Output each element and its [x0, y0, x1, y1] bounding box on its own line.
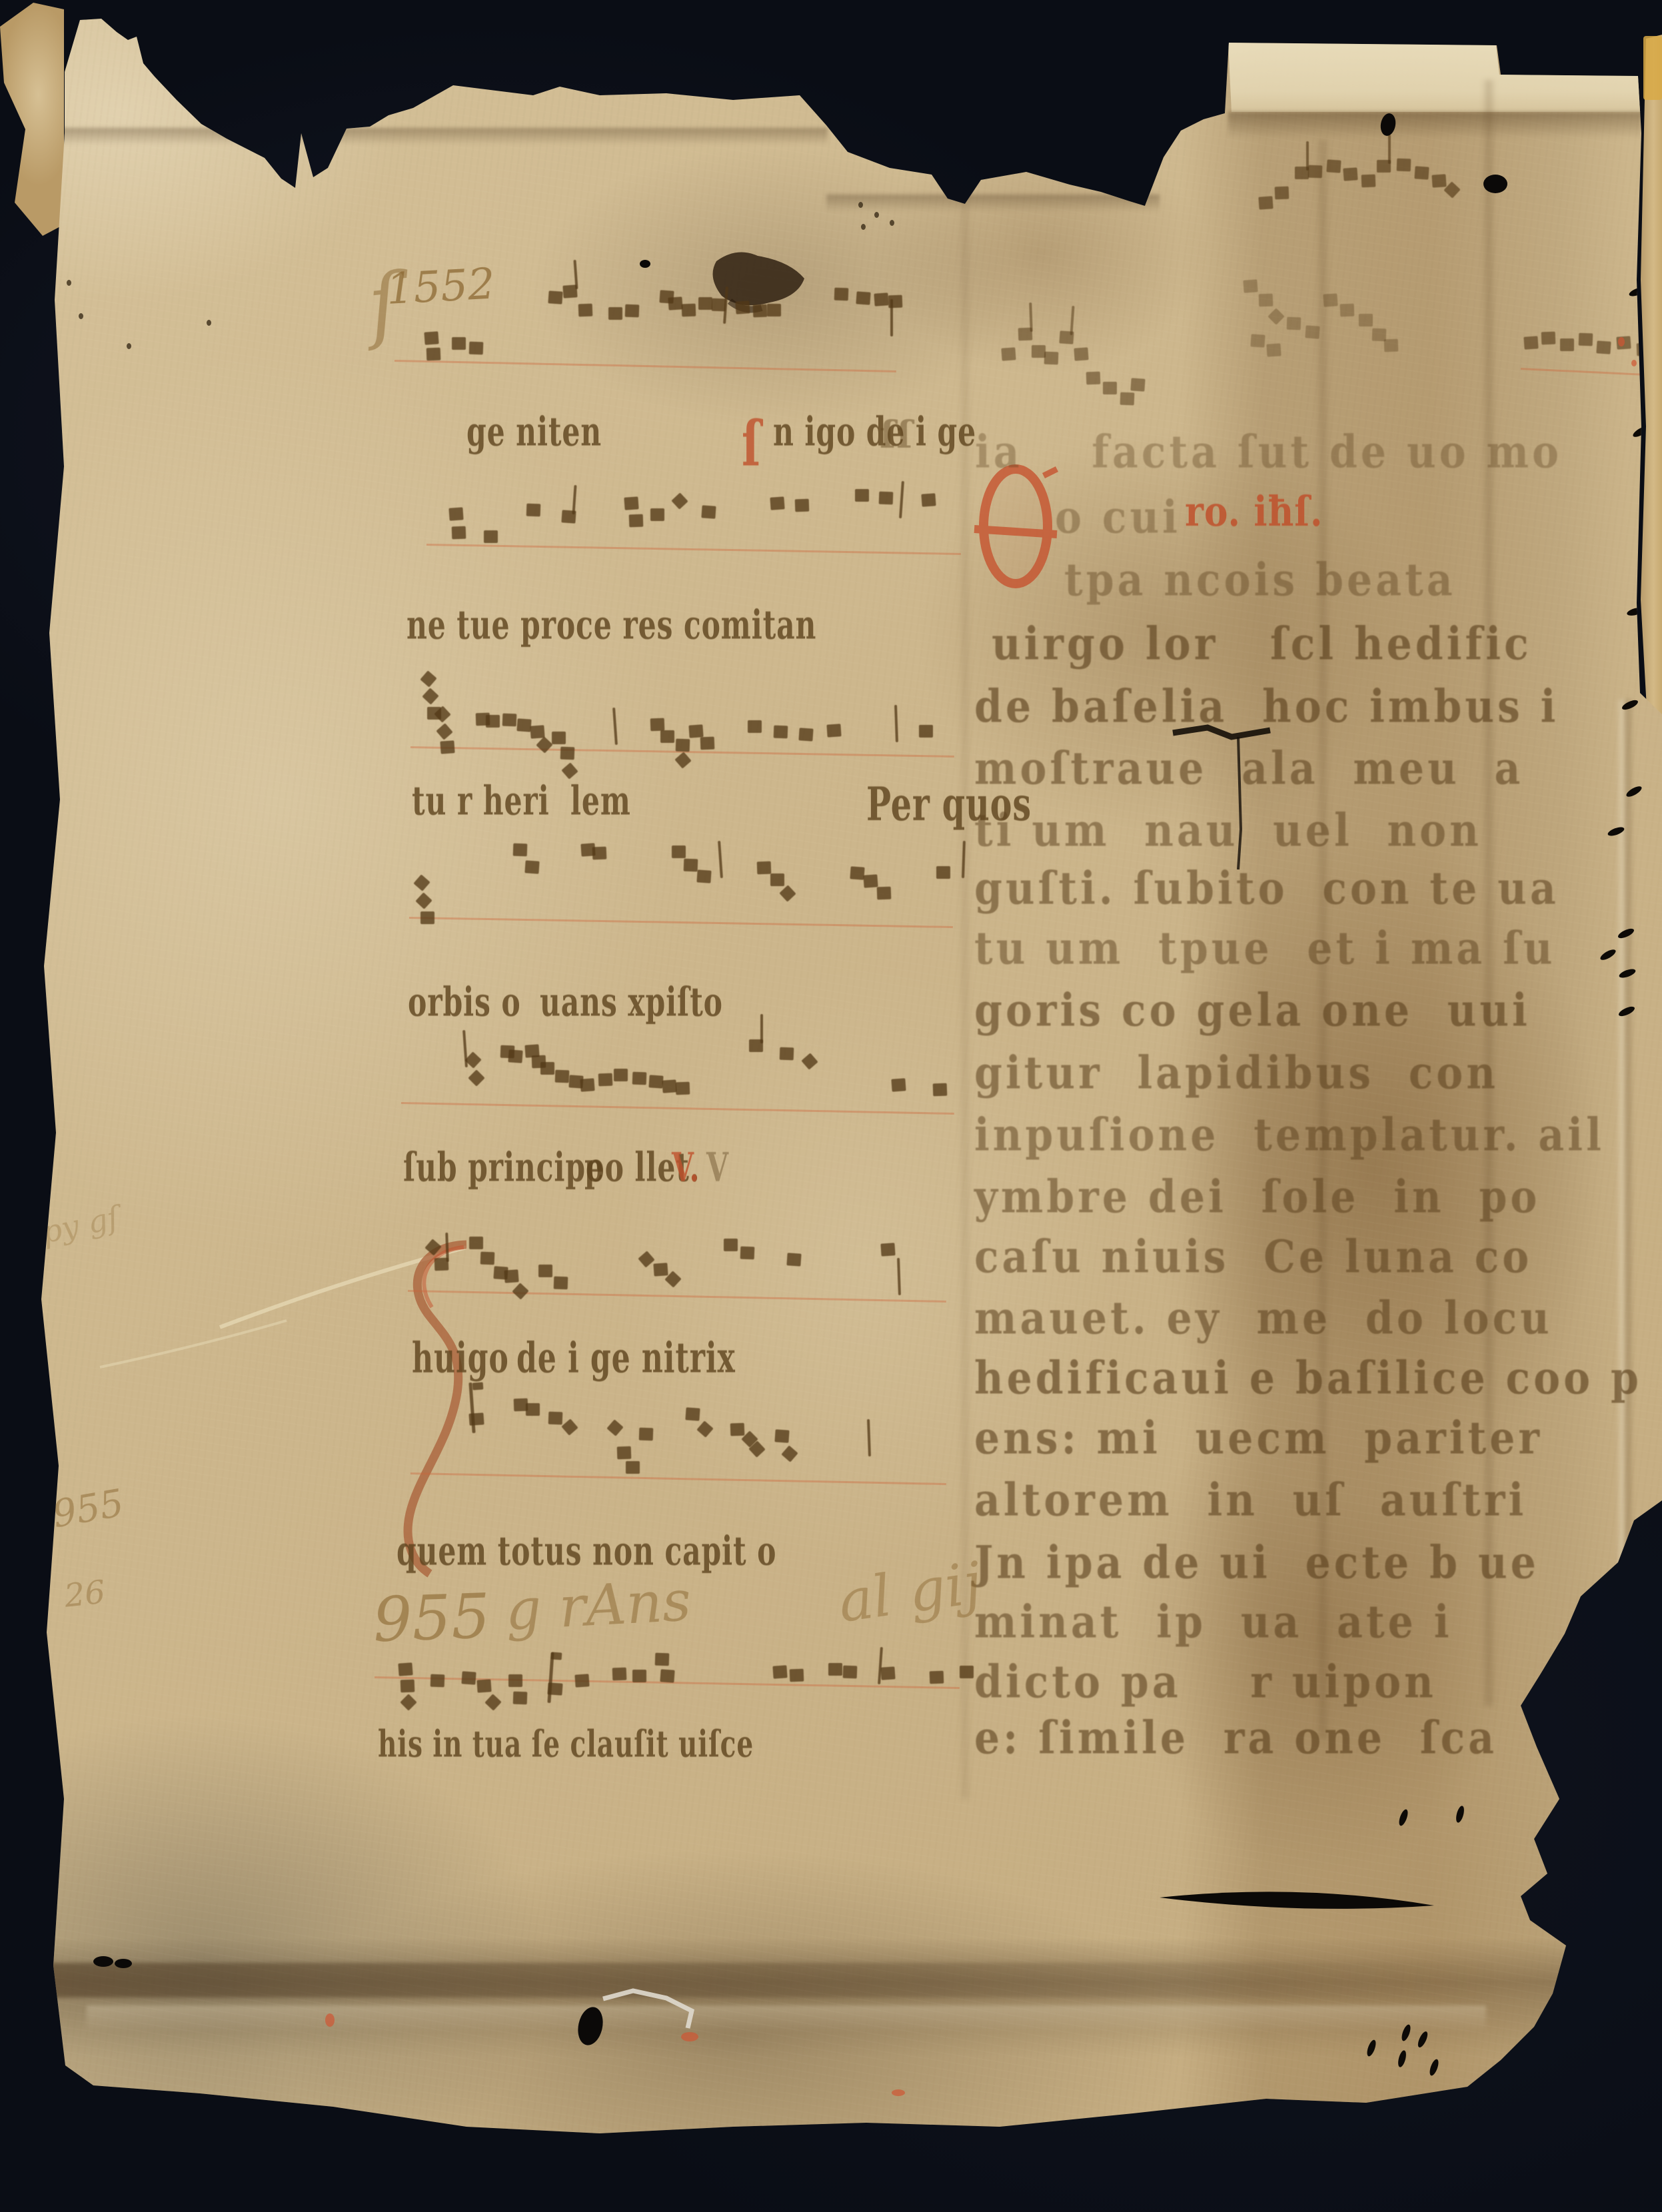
neume-square: [688, 724, 703, 738]
column-text-line: o cui: [1055, 492, 1181, 544]
neume-square: [1560, 338, 1574, 351]
neume-square: [919, 725, 933, 738]
neume-square: [578, 304, 593, 317]
pen-trial-number: 955: [372, 1580, 491, 1656]
neume-square: [552, 732, 566, 744]
neume-square: [660, 1669, 674, 1682]
column-text-line: ens: mi uecm pariter: [974, 1412, 1543, 1464]
neume-square: [850, 866, 864, 879]
neume-square: [826, 724, 841, 737]
neume-square: [1541, 332, 1556, 345]
neume-square: [574, 1674, 589, 1687]
lyric-text: V: [706, 1143, 729, 1191]
neume-square: [740, 1247, 755, 1260]
neume-square: [786, 1253, 801, 1266]
pen-trial-scribble: g rAns: [504, 1568, 692, 1642]
neume-square: [1032, 345, 1046, 358]
red-pigment-fleck: [1631, 360, 1637, 366]
neume-square: [476, 1679, 491, 1692]
gutter-mark: ſſ: [880, 413, 913, 457]
neume-square: [856, 291, 870, 304]
neume-square: [863, 874, 878, 887]
neume-square: [676, 739, 690, 752]
neume-square: [469, 1237, 483, 1249]
neume-square: [469, 342, 484, 355]
neume-square: [626, 1461, 640, 1474]
red-initial-E: [974, 469, 1057, 584]
neume-square: [933, 1083, 948, 1097]
neume-square: [440, 740, 454, 754]
neume-square: [828, 1663, 842, 1676]
neume-square: [682, 304, 696, 317]
neume-square: [795, 499, 810, 512]
neume-square: [774, 726, 788, 739]
neume-square: [1431, 174, 1446, 187]
neume-square: [960, 1666, 974, 1678]
wormhole: [67, 280, 71, 286]
neume-square: [880, 1666, 895, 1680]
hole: [640, 260, 650, 268]
column-text-line: ymbre dei ſole in po: [974, 1171, 1540, 1223]
neume-square: [472, 1382, 484, 1390]
neume-square: [660, 730, 674, 743]
neume-square: [653, 1263, 668, 1276]
column-text-line: uirgo lor ſcl hedific: [992, 618, 1532, 670]
neume-square: [452, 526, 466, 540]
column-text-line: hedificaui e baſilice coo p: [974, 1353, 1642, 1404]
neume-square: [426, 348, 441, 361]
column-text-line: guſti. ſubito con te ua: [974, 863, 1559, 915]
neume-square: [513, 1692, 528, 1705]
neume-square: [655, 1653, 670, 1666]
neume-square: [540, 1062, 554, 1075]
neume-square: [526, 1403, 540, 1416]
column-text-line: dicto pa r uipon: [974, 1656, 1437, 1708]
column-text-line: gitur lapidibus con: [974, 1047, 1499, 1099]
neume-square: [1266, 343, 1281, 356]
neume-square: [757, 861, 772, 875]
column-text-line: inpuſione templatur. ail: [974, 1109, 1605, 1161]
neume-square: [698, 297, 712, 310]
red-pigment-fleck: [1618, 337, 1625, 346]
lyric-text: huigo: [412, 1334, 509, 1382]
neume-square: [448, 507, 463, 520]
neume-square: [1243, 279, 1257, 292]
neume-square: [551, 1652, 562, 1660]
neume-square: [547, 1682, 562, 1695]
neume-square: [639, 1428, 654, 1441]
hole: [115, 1959, 132, 1968]
neume-square: [1275, 187, 1289, 200]
ink-and-damage-overlay: [0, 0, 1662, 2212]
column-text-line: tpa ncois beata: [1064, 554, 1456, 606]
adjacent-folio-strip: [1641, 35, 1662, 724]
neume-square: [774, 1429, 789, 1442]
neume-square: [1305, 325, 1319, 338]
wormhole: [207, 320, 211, 326]
neume-square: [650, 508, 664, 521]
rubric-red-text: ro. iħſ.: [1185, 488, 1323, 536]
neume-square: [780, 1047, 794, 1061]
neume-square: [855, 489, 869, 502]
column-text-line: caſu niuis Ce luna co: [974, 1231, 1532, 1283]
neume-square: [770, 496, 784, 510]
neume-square: [662, 1079, 676, 1093]
neume-square: [650, 718, 665, 732]
neume-square: [1414, 166, 1429, 179]
neume-square: [1326, 159, 1341, 173]
neume-square: [1397, 159, 1411, 172]
neume-square: [1086, 372, 1101, 385]
column-text-line: mauet. ey me do locu: [974, 1293, 1553, 1345]
neume-square: [843, 1666, 858, 1679]
column-text-line: altorem in uſ auſtri: [974, 1474, 1527, 1526]
neume-square: [516, 718, 531, 732]
neume-square: [1259, 294, 1273, 307]
neume-square: [468, 1412, 484, 1425]
column-text-line: ti um nau uel non: [974, 805, 1482, 857]
neume-square: [508, 1674, 522, 1687]
neume-square: [891, 1078, 906, 1091]
neume-square: [424, 331, 438, 344]
neume-square: [1388, 135, 1391, 164]
neume-square: [530, 725, 544, 738]
hole: [1483, 175, 1507, 193]
neume-square: [452, 337, 466, 350]
neume-stem: [890, 299, 893, 336]
neume-square: [1361, 175, 1376, 188]
neume-square: [430, 1674, 445, 1688]
neume-square: [1044, 352, 1059, 365]
neume-square: [753, 304, 768, 318]
neume-square: [461, 1671, 476, 1684]
hole: [93, 1956, 113, 1967]
neume-square: [672, 845, 686, 858]
neume-square: [554, 1277, 568, 1290]
lyric-text: ne tue proce res comitan: [407, 601, 816, 648]
neume-square: [624, 496, 638, 510]
neume-square: [508, 1049, 522, 1063]
neume-square: [877, 887, 892, 900]
neume-square: [930, 1671, 944, 1684]
red-pigment-fleck: [681, 2032, 698, 2041]
neume-square: [1384, 339, 1399, 352]
date-inscription: 1552: [385, 259, 496, 314]
neume-square: [772, 1665, 787, 1678]
neume-square: [617, 1446, 632, 1460]
neume-square: [420, 911, 434, 924]
neume-square: [701, 505, 716, 518]
wormhole: [861, 224, 866, 230]
column-text-line: goris co gela one uui: [974, 985, 1531, 1037]
lyric-text: tu r heri lem: [412, 777, 631, 824]
neume-square: [612, 1668, 627, 1681]
neume-square: [504, 1269, 518, 1283]
red-pigment-fleck: [892, 2089, 905, 2096]
neume-square: [1130, 378, 1145, 391]
neume-square: [629, 514, 644, 528]
wormhole: [858, 202, 863, 208]
neume-square: [513, 843, 528, 857]
neume-square: [685, 1407, 700, 1420]
neume-square: [398, 1662, 413, 1676]
neume-square: [580, 1078, 594, 1091]
column-text-line: minat ip ua ate i: [974, 1596, 1453, 1648]
column-text-line: tu um tpue et i ma ſu: [974, 923, 1556, 975]
neume-square: [1001, 347, 1016, 360]
neume-square: [480, 1252, 495, 1265]
lyric-text: ſub principe: [403, 1143, 604, 1191]
neume-square: [700, 737, 715, 750]
neume-square: [1103, 382, 1117, 394]
neume-square: [921, 493, 936, 506]
neume-square: [555, 1070, 570, 1083]
wormhole: [127, 343, 131, 349]
neume-square: [880, 1243, 895, 1256]
lyric-text: his in tua ſe clauſit uiſce: [378, 1722, 754, 1766]
column-text-line: ia facta ſut de uo mo: [975, 426, 1562, 478]
neume-square: [524, 860, 539, 873]
pen-flourish-initial: [408, 1245, 466, 1574]
margin-number: 26: [63, 1574, 107, 1615]
neume-square: [401, 1680, 415, 1693]
wormhole: [874, 212, 879, 218]
neume-square: [770, 873, 784, 886]
neume-square: [1523, 336, 1538, 349]
neume-square: [1596, 340, 1611, 354]
neume-square: [936, 866, 950, 879]
lyric-text: ge niten: [466, 408, 602, 455]
neume-square: [486, 715, 500, 728]
lyric-text: quem totus non capit o: [397, 1527, 776, 1574]
lyric-red-mark: ſ: [742, 408, 761, 480]
lyric-text: n igo de i ge: [773, 408, 976, 455]
neume-square: [798, 728, 813, 741]
column-text-line: moſtraue ala meu a: [974, 743, 1523, 795]
neume-square: [1323, 293, 1337, 306]
neume-square: [548, 290, 562, 304]
neume-square: [1359, 314, 1373, 326]
lyric-text: orbis o: [408, 978, 521, 1025]
neume-square: [560, 747, 575, 760]
tear-slit: [1160, 1892, 1434, 1909]
neume-square: [730, 1423, 745, 1436]
neume-square: [834, 288, 849, 301]
neume-square: [790, 1669, 804, 1682]
neume-square: [760, 1014, 763, 1043]
column-text-line: Jn ipa de ui ecte b ue: [974, 1537, 1539, 1589]
neume-square: [724, 1239, 738, 1251]
neume-square: [676, 1082, 690, 1095]
neume-square: [684, 859, 698, 872]
neume-square: [484, 530, 498, 543]
neume-square: [1308, 165, 1323, 179]
neume-square: [735, 300, 750, 314]
neume-square: [625, 304, 640, 318]
parchment-leaf: ge nitenſn igo de i gene tue proce res c…: [0, 0, 1662, 2212]
detached-parchment-fragment: [0, 0, 64, 237]
yellow-tab: [1643, 36, 1662, 100]
neume-square: [1258, 196, 1273, 209]
neume-square: [608, 307, 622, 320]
neume-square: [614, 1069, 628, 1081]
neume-square: [548, 1412, 563, 1425]
wormhole: [890, 220, 894, 226]
neume-square: [502, 714, 517, 727]
neume-square: [1340, 304, 1355, 317]
lyric-text: uans xpiſto: [540, 978, 723, 1025]
neume-square: [538, 1265, 552, 1277]
neume-square: [874, 292, 888, 306]
lyric-red-mark: V.: [672, 1143, 700, 1191]
neume-square: [879, 492, 894, 505]
neume-square: [1579, 333, 1593, 346]
neume-square: [668, 296, 682, 310]
neume-square: [1074, 347, 1088, 360]
neume-square: [648, 1075, 663, 1088]
column-text-line: e: ſimile ra one ſca: [974, 1712, 1497, 1764]
lyric-text: de i ge nitrix: [516, 1334, 736, 1382]
neume-square: [1287, 317, 1301, 330]
neume-square: [1120, 392, 1135, 406]
neume-square: [598, 1073, 613, 1087]
neume-square: [592, 847, 607, 860]
neume-square: [526, 504, 541, 517]
column-text-line: de baſelia hoc imbus i: [974, 681, 1559, 733]
neume-square: [1343, 167, 1357, 181]
neume-square: [748, 720, 762, 733]
neume-square: [1250, 334, 1265, 347]
wormhole: [79, 313, 83, 319]
white-thread: [603, 1991, 692, 2028]
neume-square: [632, 1072, 647, 1085]
neume-square: [767, 304, 781, 316]
white-crease-vein: [100, 1321, 287, 1367]
red-pigment-fleck: [325, 2013, 335, 2027]
neume-square: [632, 1670, 646, 1682]
manuscript-photograph: ge nitenſn igo de i gene tue proce res c…: [0, 0, 1662, 2212]
neume-square: [696, 869, 711, 883]
